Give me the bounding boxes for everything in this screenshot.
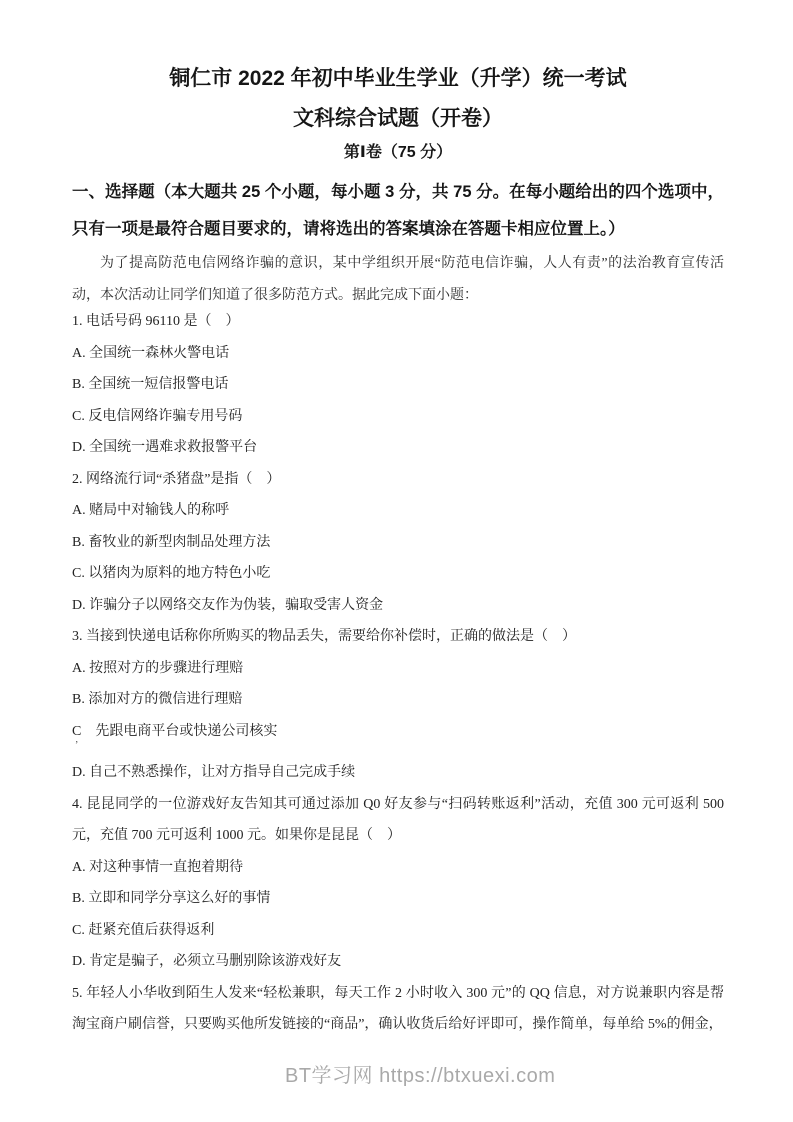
question-4-option-d: D. 肯定是骗子，必须立马删别除该游戏好友 bbox=[72, 946, 724, 978]
question-2-option-c: C. 以猪肉为原料的地方特色小吃 bbox=[72, 558, 724, 590]
question-1-option-d: D. 全国统一遇难求救报警平台 bbox=[72, 432, 724, 464]
question-2-option-a: A. 赌局中对输钱人的称呼 bbox=[72, 495, 724, 527]
section-instructions: 一、选择题（本大题共 25 个小题，每小题 3 分，共 75 分。在每小题给出的… bbox=[72, 174, 724, 248]
exam-title: 铜仁市 2022 年初中毕业生学业（升学）统一考试 bbox=[72, 64, 724, 94]
question-3-option-d: ’ D. 自己不熟悉操作，让对方指导自己完成手续 bbox=[72, 757, 724, 789]
question-1-option-a: A. 全国统一森林火警电话 bbox=[72, 338, 724, 370]
question-1-option-b: B. 全国统一短信报警电话 bbox=[72, 369, 724, 401]
question-2-option-d: D. 诈骗分子以网络交友作为伪装，骗取受害人资金 bbox=[72, 590, 724, 622]
question-1-option-c: C. 反电信网络诈骗专用号码 bbox=[72, 401, 724, 433]
intro-paragraph: 为了提高防范电信网络诈骗的意识，某中学组织开展“防范电信诈骗，人人有责”的法治教… bbox=[72, 248, 724, 312]
question-4-option-c: C. 赶紧充值后获得返利 bbox=[72, 915, 724, 947]
watermark: BT学习网 https://btxuexi.com bbox=[285, 1064, 555, 1088]
question-3-option-b: B. 添加对方的微信进行理赔 bbox=[72, 684, 724, 716]
question-3-option-a: A. 按照对方的步骤进行理赔 bbox=[72, 653, 724, 685]
question-2-stem: 2. 网络流行词“杀猪盘”是指（ ） bbox=[72, 464, 724, 496]
question-4: 4. 昆昆同学的一位游戏好友告知其可通过添加 Q0 好友参与“扫码转账返利”活动… bbox=[72, 789, 724, 978]
question-5-stem: 5. 年轻人小华收到陌生人发来“轻松兼职，每天工作 2 小时收入 300 元”的… bbox=[72, 978, 724, 1041]
question-3-stem: 3. 当接到快递电话称你所购买的物品丢失，需要给你补偿时，正确的做法是（ ） bbox=[72, 621, 724, 653]
question-2-option-b: B. 畜牧业的新型肉制品处理方法 bbox=[72, 527, 724, 559]
section-title: 第Ⅰ卷（75 分） bbox=[72, 142, 724, 164]
question-4-option-b: B. 立即和同学分享这么好的事情 bbox=[72, 883, 724, 915]
exam-subtitle: 文科综合试题（开卷） bbox=[72, 104, 724, 134]
question-3: 3. 当接到快递电话称你所购买的物品丢失，需要给你补偿时，正确的做法是（ ） A… bbox=[72, 621, 724, 789]
question-5: 5. 年轻人小华收到陌生人发来“轻松兼职，每天工作 2 小时收入 300 元”的… bbox=[72, 978, 724, 1041]
scan-artifact-mark: ’ bbox=[75, 741, 78, 751]
question-3-option-c: C 先跟电商平台或快递公司核实 bbox=[72, 716, 724, 748]
question-list: 1. 电话号码 96110 是（ ） A. 全国统一森林火警电话 B. 全国统一… bbox=[72, 306, 724, 1041]
question-1: 1. 电话号码 96110 是（ ） A. 全国统一森林火警电话 B. 全国统一… bbox=[72, 306, 724, 464]
question-4-option-a: A. 对这种事情一直抱着期待 bbox=[72, 852, 724, 884]
question-2: 2. 网络流行词“杀猪盘”是指（ ） A. 赌局中对输钱人的称呼 B. 畜牧业的… bbox=[72, 464, 724, 622]
exam-page: 铜仁市 2022 年初中毕业生学业（升学）统一考试 文科综合试题（开卷） 第Ⅰ卷… bbox=[0, 0, 793, 1041]
question-3-option-d-text: D. 自己不熟悉操作，让对方指导自己完成手续 bbox=[72, 765, 355, 780]
question-4-stem: 4. 昆昆同学的一位游戏好友告知其可通过添加 Q0 好友参与“扫码转账返利”活动… bbox=[72, 789, 724, 852]
